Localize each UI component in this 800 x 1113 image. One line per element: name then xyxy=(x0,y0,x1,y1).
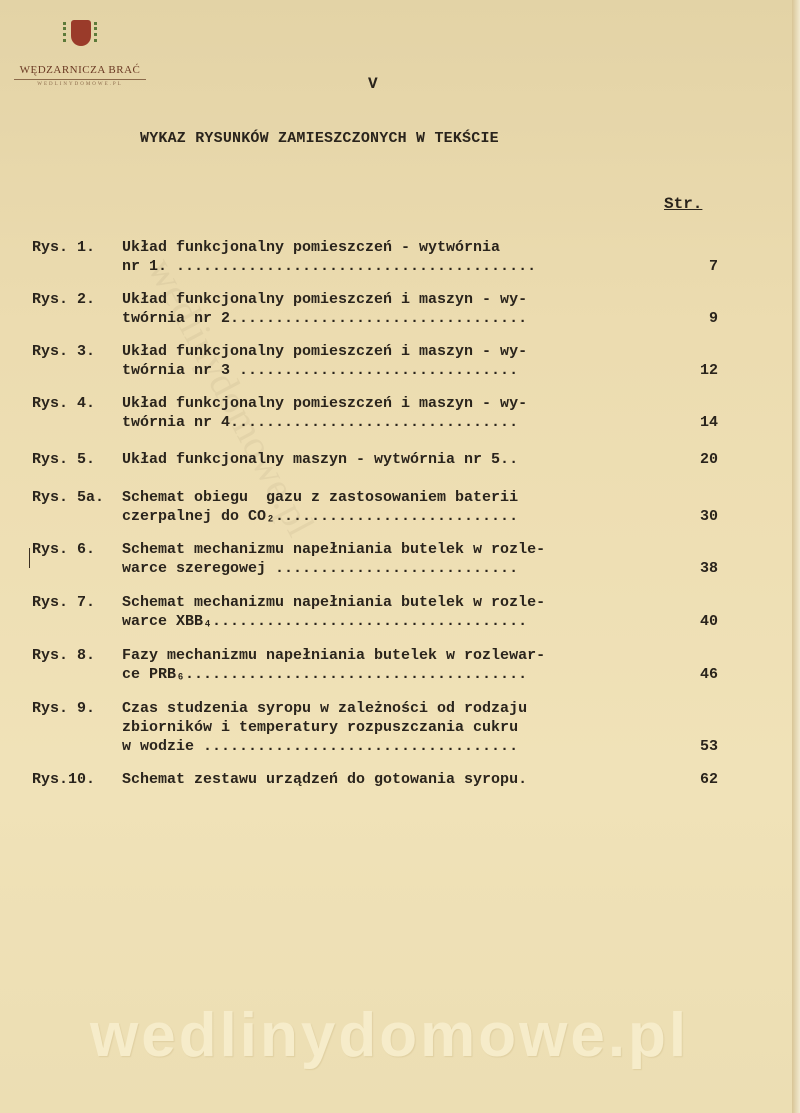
figure-page-number: 38 xyxy=(662,559,718,578)
figure-caption-line: warce szeregowej .......................… xyxy=(122,559,518,578)
figure-page-number: 7 xyxy=(662,257,718,276)
figure-label: Rys.10. xyxy=(32,770,122,789)
figure-caption-line: Układ funkcjonalny pomieszczeń i maszyn … xyxy=(122,290,527,309)
figure-page-number: 20 xyxy=(662,450,718,469)
margin-mark xyxy=(29,548,30,568)
figure-label: Rys. 4. xyxy=(32,394,122,413)
figure-caption-line: Schemat zestawu urządzeń do gotowania sy… xyxy=(122,770,527,789)
figure-caption-line: czerpalnej do CO₂.......................… xyxy=(122,507,518,526)
figure-page-number: 40 xyxy=(662,612,718,631)
figure-page-number: 9 xyxy=(662,309,718,328)
document-page: WĘDZARNICZA BRAĆ WEDLINYDOMOWE.PL wedlin… xyxy=(0,0,800,1113)
figure-label: Rys. 1. xyxy=(32,238,122,257)
figure-entry: Rys. 7.Schemat mechanizmu napełniania bu… xyxy=(32,593,122,612)
logo: WĘDZARNICZA BRAĆ WEDLINYDOMOWE.PL xyxy=(14,8,146,98)
figure-caption-line: Układ funkcjonalny maszyn - wytwórnia nr… xyxy=(122,450,518,469)
figure-caption-line: warce XBB₄..............................… xyxy=(122,612,527,631)
figure-caption-line: Fazy mechanizmu napełniania butelek w ro… xyxy=(122,646,545,665)
figure-entry: Rys. 6.Schemat mechanizmu napełniania bu… xyxy=(32,540,122,559)
figure-caption-line: zbiorników i temperatury rozpuszczania c… xyxy=(122,718,518,737)
crest-icon xyxy=(63,14,97,54)
figure-entry: Rys. 5a.Schemat obiegu gazu z zastosowan… xyxy=(32,488,122,507)
figure-caption-line: twórnia nr 4............................… xyxy=(122,413,518,432)
figure-caption-line: Układ funkcjonalny pomieszczeń - wytwórn… xyxy=(122,238,500,257)
page-title: WYKAZ RYSUNKÓW ZAMIESZCZONYCH W TEKŚCIE xyxy=(140,130,499,147)
figure-label: Rys. 8. xyxy=(32,646,122,665)
figure-caption-line: twórnia nr 2............................… xyxy=(122,309,527,328)
figure-label: Rys. 5a. xyxy=(32,488,122,507)
figure-page-number: 62 xyxy=(662,770,718,789)
figure-caption-line: nr 1. ..................................… xyxy=(122,257,536,276)
figure-label: Rys. 9. xyxy=(32,699,122,718)
figure-caption-line: Schemat mechanizmu napełniania butelek w… xyxy=(122,593,545,612)
figure-caption-line: Układ funkcjonalny pomieszczeń i maszyn … xyxy=(122,394,527,413)
figure-entry: Rys.10.Schemat zestawu urządzeń do gotow… xyxy=(32,770,122,789)
page-edge xyxy=(792,0,800,1113)
page-number: V xyxy=(368,75,378,93)
figure-label: Rys. 6. xyxy=(32,540,122,559)
figure-entry: Rys. 2.Układ funkcjonalny pomieszczeń i … xyxy=(32,290,122,309)
figure-caption-line: Schemat obiegu gazu z zastosowaniem bate… xyxy=(122,488,518,507)
figure-entry: Rys. 3.Układ funkcjonalny pomieszczeń i … xyxy=(32,342,122,361)
logo-divider xyxy=(14,79,146,80)
figure-entry: Rys. 4.Układ funkcjonalny pomieszczeń i … xyxy=(32,394,122,413)
logo-name: WĘDZARNICZA BRAĆ xyxy=(14,64,146,76)
figure-label: Rys. 2. xyxy=(32,290,122,309)
figure-caption-line: Układ funkcjonalny pomieszczeń i maszyn … xyxy=(122,342,527,361)
figure-label: Rys. 3. xyxy=(32,342,122,361)
figure-caption-line: Schemat mechanizmu napełniania butelek w… xyxy=(122,540,545,559)
figure-page-number: 12 xyxy=(662,361,718,380)
figure-entry: Rys. 8.Fazy mechanizmu napełniania butel… xyxy=(32,646,122,665)
figure-label: Rys. 7. xyxy=(32,593,122,612)
figure-caption-line: Czas studzenia syropu w zależności od ro… xyxy=(122,699,527,718)
page-column-header: Str. xyxy=(664,195,702,213)
footer-watermark: wedlinydomowe.pl xyxy=(90,1000,689,1071)
figure-caption-line: w wodzie ...............................… xyxy=(122,737,518,756)
figure-caption-line: twórnia nr 3 ...........................… xyxy=(122,361,518,380)
figure-page-number: 53 xyxy=(662,737,718,756)
figure-caption-line: ce PRB₆.................................… xyxy=(122,665,527,684)
figure-entry: Rys. 1.Układ funkcjonalny pomieszczeń - … xyxy=(32,238,122,257)
figure-page-number: 30 xyxy=(662,507,718,526)
figure-entry: Rys. 9.Czas studzenia syropu w zależnośc… xyxy=(32,699,122,718)
figure-page-number: 46 xyxy=(662,665,718,684)
figure-label: Rys. 5. xyxy=(32,450,122,469)
figure-page-number: 14 xyxy=(662,413,718,432)
figure-entry: Rys. 5.Układ funkcjonalny maszyn - wytwó… xyxy=(32,450,122,469)
logo-url: WEDLINYDOMOWE.PL xyxy=(14,82,146,87)
